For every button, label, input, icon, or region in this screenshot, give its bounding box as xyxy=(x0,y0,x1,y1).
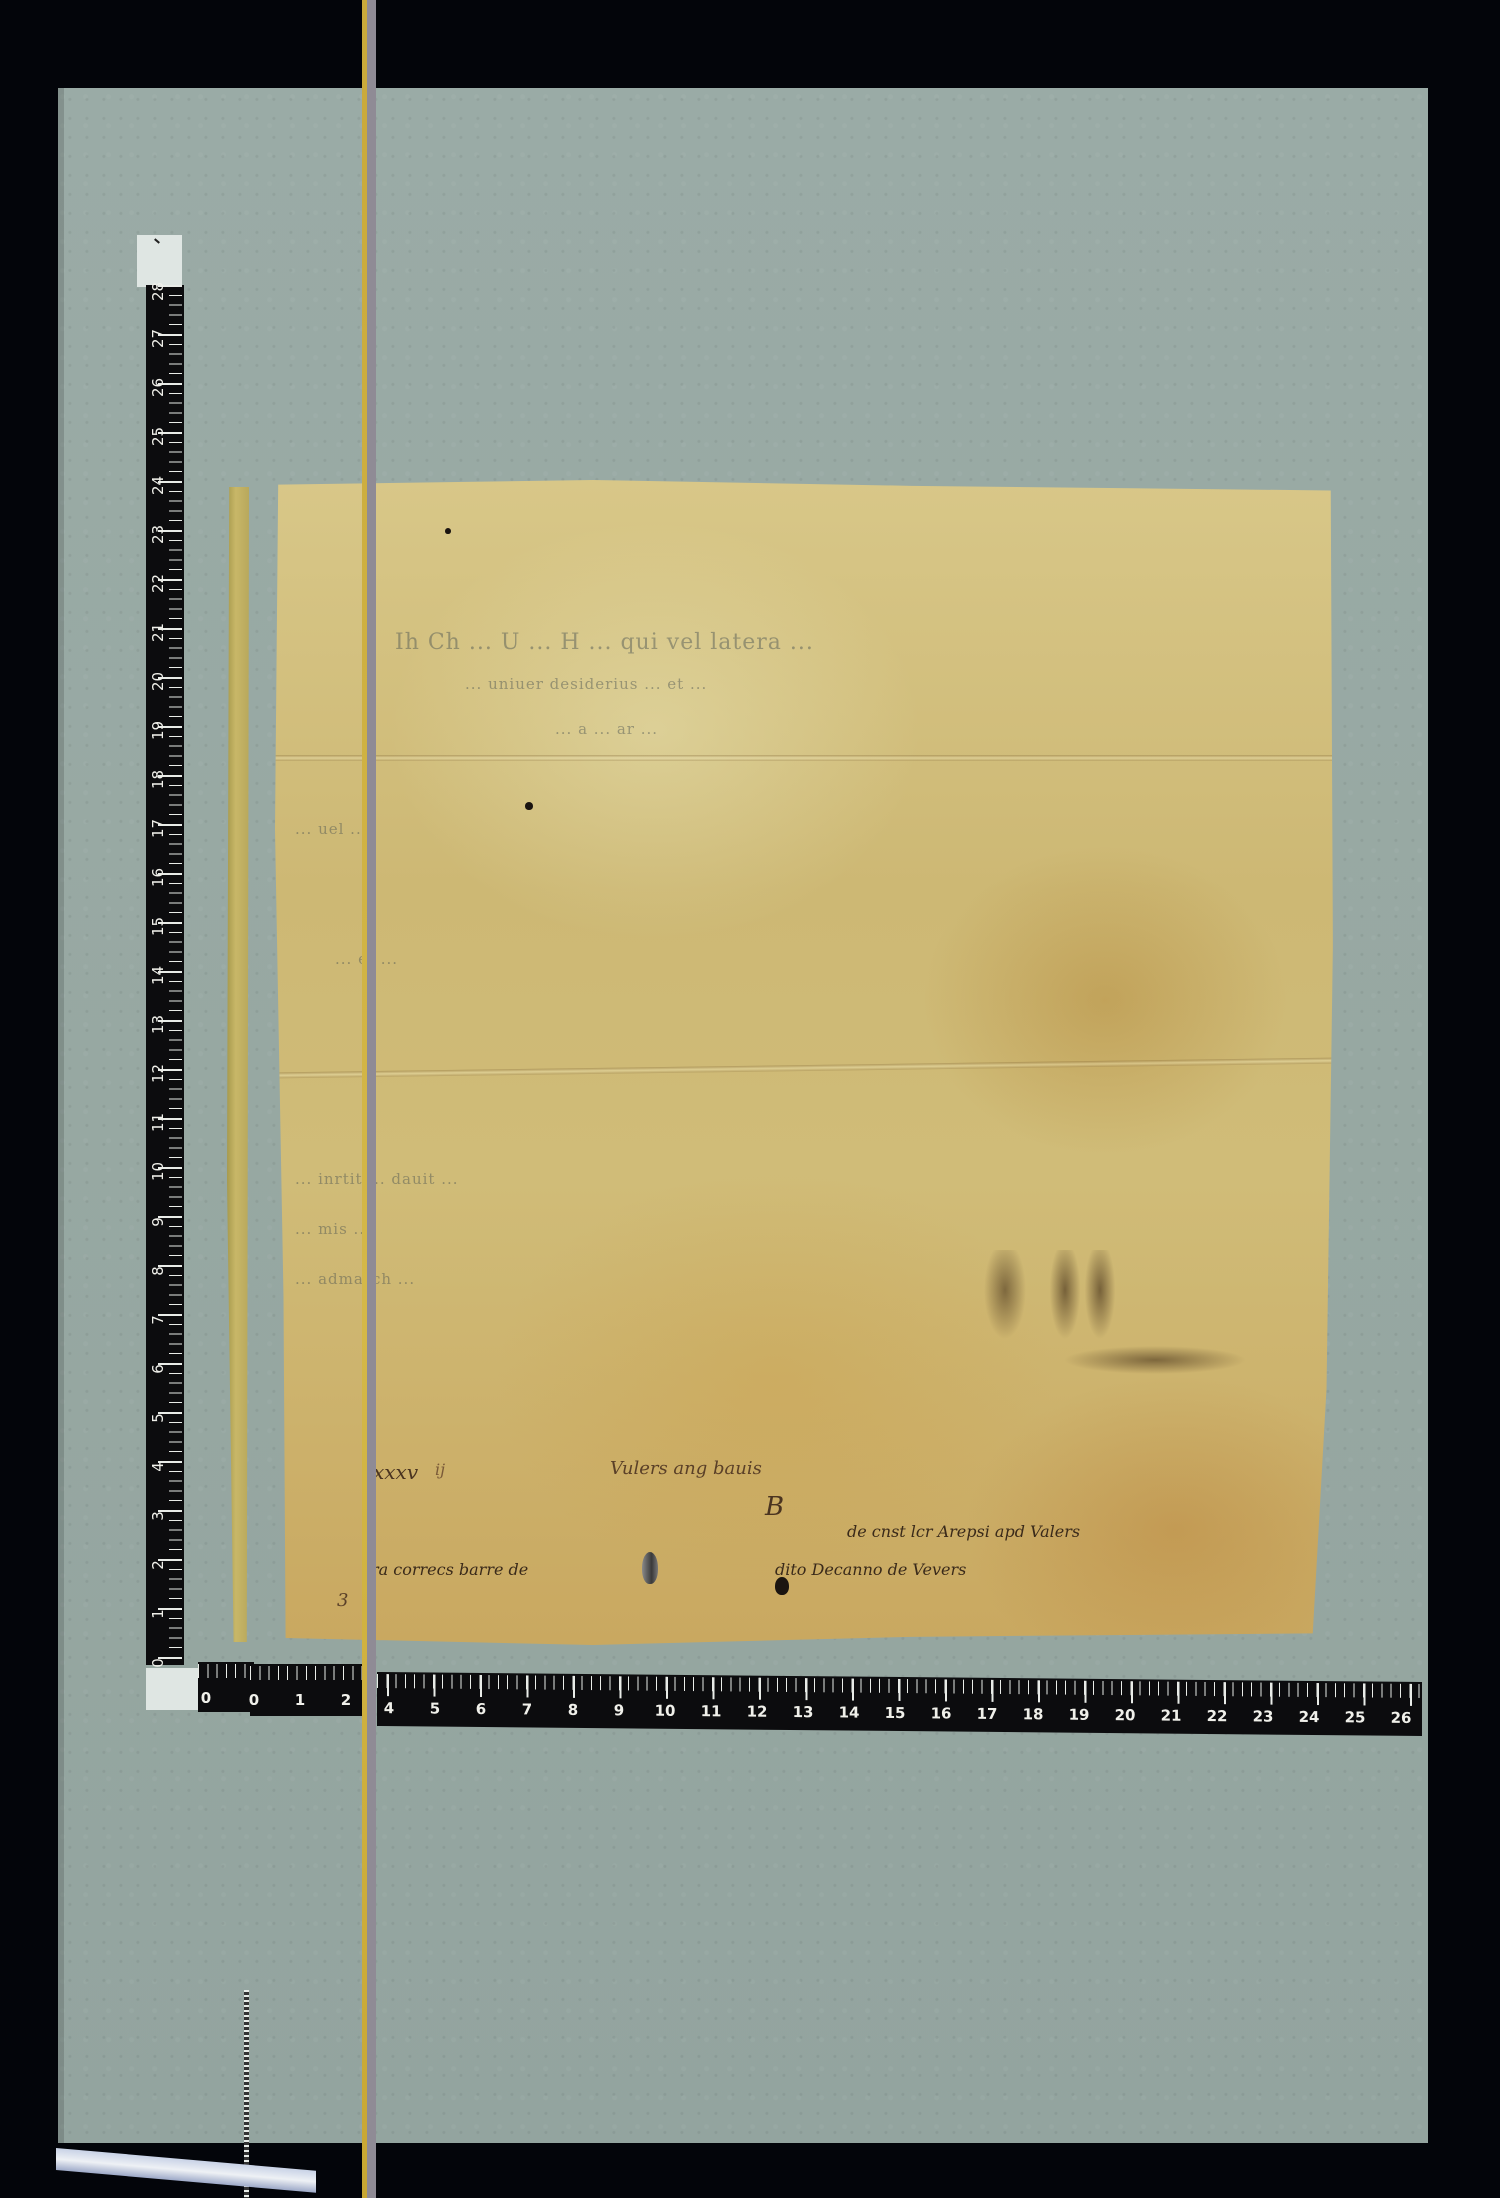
h-minor-ticks xyxy=(250,1666,370,1680)
v-label-12: 12 xyxy=(150,1067,166,1083)
v-label-11: 11 xyxy=(150,1116,166,1132)
v-label-26: 26 xyxy=(150,381,166,397)
v-label-21: 21 xyxy=(150,626,166,642)
h-label-14: 14 xyxy=(839,1703,860,1721)
seal-hole xyxy=(642,1552,658,1584)
h-label-24: 24 xyxy=(1299,1708,1320,1726)
vertical-ruler: 0 1 2 3 4 5 6 7 8 9 10 11 12 13 14 15 16… xyxy=(146,285,184,1665)
v-label-7: 7 xyxy=(150,1312,166,1328)
parchment-document: Ih Ch ... U ... H ... qui vel latera ...… xyxy=(275,480,1335,1645)
endorsement-line2: de cnst lcr Arepsi apd Valers xyxy=(847,1522,1080,1541)
v-label-16: 16 xyxy=(150,871,166,887)
v-label-2: 2 xyxy=(150,1557,166,1573)
v-label-3: 3 xyxy=(150,1508,166,1524)
h-label-18: 18 xyxy=(1023,1705,1044,1723)
faint-line-1: Ih Ch ... U ... H ... qui vel latera ... xyxy=(395,630,814,655)
v-label-9: 9 xyxy=(150,1214,166,1230)
faint-line-7: ... mis ... xyxy=(295,1220,371,1238)
horizontal-ruler-segment-c: 4 5 6 7 8 9 10 11 12 13 14 15 16 17 18 1… xyxy=(377,1672,1422,1736)
fold-crease xyxy=(275,1058,1335,1079)
bottom-paper-edge xyxy=(56,2148,316,2193)
h-label-12: 12 xyxy=(747,1703,768,1721)
h-label-b-0: 0 xyxy=(249,1691,259,1709)
v-label-5: 5 xyxy=(150,1410,166,1426)
v-label-22: 22 xyxy=(150,577,166,593)
dark-stain xyxy=(965,1250,1245,1390)
faint-line-3: ... a ... ar ... xyxy=(555,720,658,738)
v-label-19: 19 xyxy=(150,724,166,740)
v-label-20: 20 xyxy=(150,675,166,691)
endorsement-line3-left: ra correcs barre de xyxy=(371,1560,528,1579)
h-label-23: 23 xyxy=(1253,1707,1274,1725)
h-label-20: 20 xyxy=(1115,1706,1136,1724)
h-label-9: 9 xyxy=(614,1701,624,1719)
ink-dot xyxy=(445,528,451,534)
v-label-8: 8 xyxy=(150,1263,166,1279)
v-label-4: 4 xyxy=(150,1459,166,1475)
h-label-a-0: 0 xyxy=(201,1689,211,1707)
v-label-17: 17 xyxy=(150,822,166,838)
faint-line-2: ... uniuer desiderius ... et ... xyxy=(465,675,707,693)
faint-line-6: ... inrtit ... dauit ... xyxy=(295,1170,459,1188)
horizontal-ruler-segment-a: 0 xyxy=(198,1662,254,1712)
ink-dot xyxy=(525,802,533,810)
h-label-13: 13 xyxy=(793,1703,814,1721)
fold-crease xyxy=(275,755,1335,761)
h-label-16: 16 xyxy=(931,1704,952,1722)
h-label-25: 25 xyxy=(1345,1708,1366,1726)
v-label-1: 1 xyxy=(150,1606,166,1622)
h-label-22: 22 xyxy=(1207,1707,1228,1725)
margin-numeral: 3 xyxy=(337,1590,348,1611)
h-label-b-1: 1 xyxy=(295,1691,305,1709)
v-label-24: 24 xyxy=(150,479,166,495)
h-label-11: 11 xyxy=(701,1702,722,1720)
v-label-18: 18 xyxy=(150,773,166,789)
h-label-15: 15 xyxy=(885,1704,906,1722)
h-minor-ticks xyxy=(198,1664,254,1678)
v-label-13: 13 xyxy=(150,1018,166,1034)
v-label-14: 14 xyxy=(150,969,166,985)
endorsement-place: Vulers ang bauis xyxy=(610,1458,762,1479)
h-label-19: 19 xyxy=(1069,1706,1090,1724)
vertical-ruler-cap xyxy=(137,235,182,287)
h-label-5: 5 xyxy=(430,1700,440,1718)
ruler-corner-block xyxy=(146,1668,198,1710)
seal-hole xyxy=(775,1577,789,1595)
v-label-6: 6 xyxy=(150,1361,166,1377)
endorsement-line3-right: dito Decanno de Vevers xyxy=(775,1560,966,1579)
v-label-10: 10 xyxy=(150,1165,166,1181)
cap-mark xyxy=(154,238,160,243)
scan-artifact-grey-bar xyxy=(367,0,376,2198)
horizontal-ruler-segment-b: 0 1 2 xyxy=(250,1664,370,1716)
h-label-26: 26 xyxy=(1391,1709,1412,1727)
endorsement-small: ij xyxy=(435,1460,445,1479)
h-label-10: 10 xyxy=(655,1702,676,1720)
endorsement-mark: B xyxy=(765,1492,784,1522)
faint-line-8: ... admarch ... xyxy=(295,1270,415,1288)
h-label-4: 4 xyxy=(384,1699,394,1717)
faint-line-4: ... uel ... xyxy=(295,820,367,838)
v-label-15: 15 xyxy=(150,920,166,936)
h-label-7: 7 xyxy=(522,1700,532,1718)
v-label-25: 25 xyxy=(150,430,166,446)
v-label-28: 28 xyxy=(150,285,166,301)
h-label-17: 17 xyxy=(977,1705,998,1723)
v-label-27: 27 xyxy=(150,332,166,348)
h-label-b-2: 2 xyxy=(341,1691,351,1709)
board-edge xyxy=(58,88,64,2143)
h-label-6: 6 xyxy=(476,1700,486,1718)
v-label-23: 23 xyxy=(150,528,166,544)
h-label-8: 8 xyxy=(568,1701,578,1719)
h-label-21: 21 xyxy=(1161,1707,1182,1725)
endorsement-numeral: xxxv xyxy=(373,1460,418,1484)
